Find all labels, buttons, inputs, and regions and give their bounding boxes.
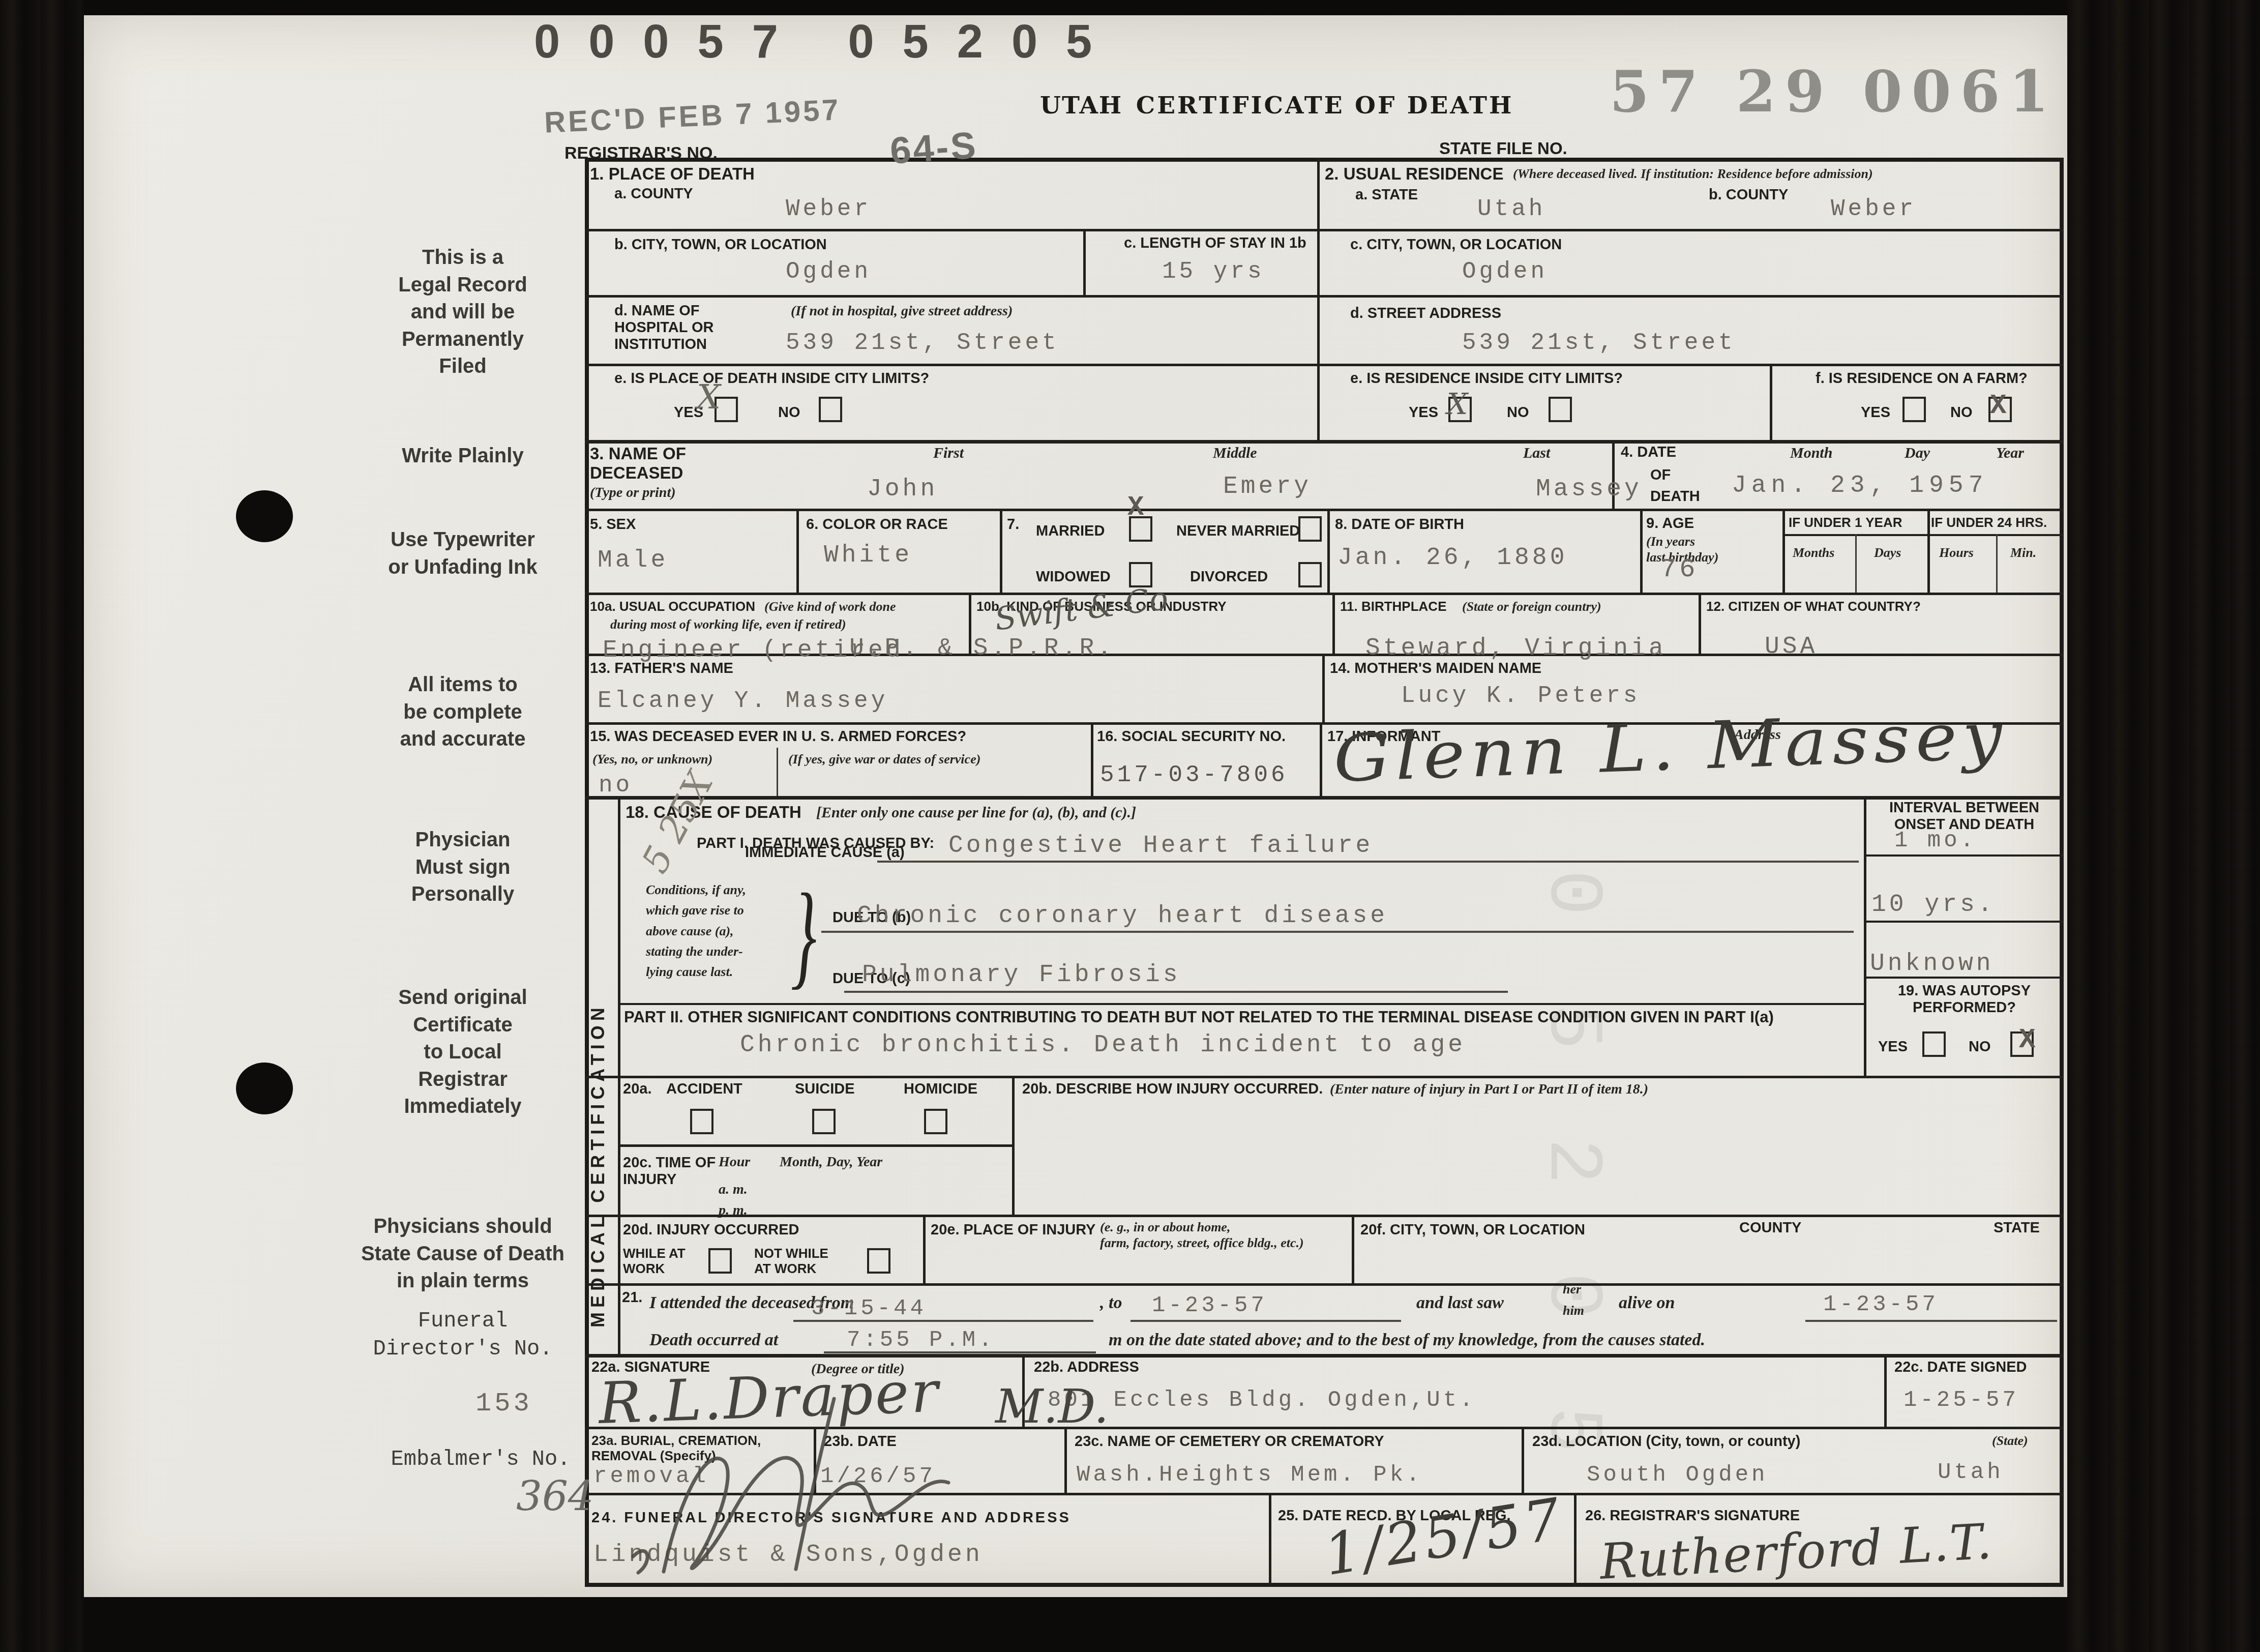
field-1a-label: a. COUNTY <box>614 186 693 202</box>
field-11-value: Steward, Virginia <box>1365 635 1667 662</box>
rule <box>844 991 1508 993</box>
rule <box>1012 1076 1015 1215</box>
interval-c-value: Unknown <box>1870 950 1994 978</box>
field-2-title-note: (Where deceased lived. If institution: R… <box>1513 166 1873 182</box>
field-3-middle-value: Emery <box>1223 473 1312 500</box>
field-20e-note: (e. g., in or about home, farm, factory,… <box>1100 1220 1304 1251</box>
field-2-title: 2. USUAL RESIDENCE <box>1325 164 1503 184</box>
field-6-value: White <box>824 542 912 569</box>
field-7-never-married-label: NEVER MARRIED <box>1176 523 1300 540</box>
funeral-directors-no-value: 153 <box>475 1389 532 1419</box>
field-7-married-label: MARRIED <box>1036 523 1105 540</box>
punch-hole-bottom <box>236 1063 293 1114</box>
field-12-value: USA <box>1765 633 1818 661</box>
field-3-first-label: First <box>933 444 964 462</box>
field-20c-hour-label: Hour <box>719 1154 750 1170</box>
field-8-label: 8. DATE OF BIRTH <box>1335 516 1464 533</box>
field-1e-no-label: NO <box>778 404 800 421</box>
field-9-months-label: Months <box>1793 545 1834 561</box>
rule <box>923 1215 926 1283</box>
field-15-value: no <box>599 772 633 799</box>
field-21-time-value: 7:55 P.M. <box>847 1327 995 1353</box>
field-18-part2-label: PART II. OTHER SIGNIFICANT CONDITIONS CO… <box>624 1008 1774 1026</box>
field-23d-state-value: Utah <box>1938 1460 2004 1485</box>
field-20a-number: 20a. <box>623 1081 651 1098</box>
field-18a-immediate-label: IMMEDIATE CAUSE (a) <box>745 844 905 861</box>
field-2b-label: b. COUNTY <box>1709 187 1788 203</box>
field-26-label: 26. REGISTRAR'S SIGNATURE <box>1585 1508 1800 1524</box>
registrars-no-value: 64-S <box>888 123 979 172</box>
funeral-directors-no-label: Funeral Director's No. <box>359 1307 567 1363</box>
scanned-death-certificate: This is a Legal Record and will be Perma… <box>0 0 2260 1652</box>
field-20c-pm-label: p. m. <box>719 1202 748 1219</box>
field-4-value: Jan. 23, 1957 <box>1732 472 1988 499</box>
field-2f-no-mark: X <box>1990 391 2006 422</box>
field-3-first-value: John <box>867 476 938 503</box>
field-8-value: Jan. 26, 1880 <box>1337 544 1567 572</box>
field-9-days-label: Days <box>1874 545 1901 561</box>
field-9-under24-label: IF UNDER 24 HRS. <box>1931 515 2047 530</box>
field-20a-accident-label: ACCIDENT <box>666 1081 742 1098</box>
field-2a-label: a. STATE <box>1355 187 1418 203</box>
margin-note-plain-terms: Physicians should State Cause of Death i… <box>315 1213 610 1295</box>
field-23c-value: Wash.Heights Mem. Pk. <box>1077 1462 1423 1488</box>
rule <box>1884 1354 1887 1427</box>
interval-a-value: 1 mo. <box>1894 828 1977 853</box>
field-16-value: 517-03-7806 <box>1100 762 1288 788</box>
rule <box>585 295 2064 298</box>
punch-number-stamp: 00057 05205 <box>534 15 1120 69</box>
field-1d-value: 539 21st, Street <box>786 330 1059 356</box>
field-1a-value: Weber <box>786 196 871 222</box>
field-1c-label: c. LENGTH OF STAY IN 1b <box>1124 235 1306 252</box>
rule <box>777 748 778 796</box>
field-20f-county-label: COUNTY <box>1739 1220 1801 1236</box>
rule <box>1574 1493 1577 1587</box>
rule <box>585 1354 2064 1358</box>
rule <box>1091 722 1093 796</box>
rule <box>1770 364 1772 440</box>
field-19-label: 19. WAS AUTOPSY PERFORMED? <box>1869 983 2060 1016</box>
field-20f-label: 20f. CITY, TOWN, OR LOCATION <box>1360 1222 1585 1238</box>
field-14-value: Lucy K. Peters <box>1401 683 1640 709</box>
field-20b-note: (Enter nature of injury in Part I or Par… <box>1330 1081 1648 1098</box>
field-20c-label: 20c. TIME OF INJURY <box>623 1155 716 1188</box>
field-20a-homicide-label: HOMICIDE <box>904 1081 977 1098</box>
rule <box>1782 509 1785 593</box>
field-10a-note-2: during most of working life, even if ret… <box>610 617 846 633</box>
margin-note-send-original: Send original Certificate to Local Regis… <box>359 984 567 1120</box>
field-2d-value: 539 21st, Street <box>1462 330 1736 356</box>
field-2d-label: d. STREET ADDRESS <box>1350 305 1501 322</box>
field-21-text-3: and last saw <box>1416 1293 1504 1313</box>
field-18-label: 18. CAUSE OF DEATH <box>626 803 801 822</box>
field-2e-yes-mark: X <box>1447 387 1468 421</box>
field-3-note: (Type or print) <box>590 484 676 501</box>
field-20d-label: 20d. INJURY OCCURRED <box>623 1222 799 1238</box>
field-4-day-label: Day <box>1905 444 1930 462</box>
field-18b-value: Chronic coronary heart disease <box>857 902 1388 930</box>
field-22b-value: 801 Eccles Bldg. Ogden,Ut. <box>1048 1388 1476 1413</box>
field-2f-no-label: NO <box>1950 404 1973 421</box>
certificate-title: UTAH CERTIFICATE OF DEATH <box>1040 92 1514 120</box>
field-3-label: 3. NAME OF DECEASED <box>590 444 686 482</box>
field-1b-value: Ogden <box>786 258 871 285</box>
rule <box>1996 534 1998 593</box>
field-19-no-label: NO <box>1969 1039 1991 1055</box>
field-5-value: Male <box>598 547 668 574</box>
field-20a-homicide-checkbox <box>924 1109 947 1134</box>
field-20d-notwhile-checkbox <box>867 1248 890 1274</box>
field-4-label-2: OF <box>1650 467 1671 484</box>
rule <box>585 364 2064 366</box>
rule <box>1317 158 1320 440</box>
field-18a-value: Congestive Heart failure <box>948 832 1373 860</box>
field-1d-note: (If not in hospital, give street address… <box>791 303 1013 319</box>
field-15-note-1: (Yes, no, or unknown) <box>592 752 712 768</box>
rule <box>1864 921 2064 923</box>
margin-note-typewriter: Use Typewriter or Unfading Ink <box>338 526 587 581</box>
field-21-text-5: Death occurred at <box>649 1330 778 1350</box>
field-7-married-mark: X <box>1127 492 1144 523</box>
field-9-hours-label: Hours <box>1939 545 1974 561</box>
rule <box>1522 1427 1524 1493</box>
field-4-month-label: Month <box>1790 444 1832 462</box>
state-file-number-stamp: 57 29 0061 <box>1610 58 2058 125</box>
rule <box>585 1283 2064 1286</box>
field-20d-notwhile-label: NOT WHILE AT WORK <box>754 1246 828 1276</box>
margin-note-write-plainly: Write Plainly <box>359 442 567 470</box>
rule <box>585 1076 2064 1078</box>
field-20e-label: 20e. PLACE OF INJURY <box>931 1222 1095 1238</box>
field-20c-mdy-label: Month, Day, Year <box>780 1154 882 1170</box>
field-23d-value: South Ogden <box>1587 1462 1768 1488</box>
field-22c-label: 22c. DATE SIGNED <box>1894 1359 2027 1376</box>
field-21-text-6: m on the date stated above; and to the b… <box>1109 1330 1705 1350</box>
rule <box>585 593 2064 595</box>
field-15-label: 15. WAS DECEASED EVER IN U. S. ARMED FOR… <box>590 728 966 745</box>
field-2c-label: c. CITY, TOWN, OR LOCATION <box>1350 237 1562 253</box>
field-20d-while-checkbox <box>708 1248 732 1274</box>
field-3-last-label: Last <box>1523 444 1550 462</box>
certificate-paper: This is a Legal Record and will be Perma… <box>84 15 2067 1597</box>
rule <box>1855 534 1857 593</box>
embalmers-no-value: 364 <box>516 1472 594 1520</box>
embalmers-no-label: Embalmer's No. <box>359 1445 603 1473</box>
margin-note-all-items: All items to be complete and accurate <box>359 671 567 753</box>
rule <box>877 861 1859 863</box>
field-1e-label: e. IS PLACE OF DEATH INSIDE CITY LIMITS? <box>614 370 929 387</box>
field-2e-yes-label: YES <box>1409 404 1438 421</box>
rule <box>1320 722 1322 796</box>
field-20d-while-label: WHILE AT WORK <box>623 1246 686 1276</box>
field-21-to-value: 1-23-57 <box>1152 1293 1267 1318</box>
field-2e-label: e. IS RESIDENCE INSIDE CITY LIMITS? <box>1350 370 1623 387</box>
rule <box>1864 854 2064 857</box>
rule <box>1064 1427 1067 1493</box>
registrars-no-label: REGISTRAR'S NO. <box>564 143 718 163</box>
rule <box>585 1215 2064 1217</box>
field-2c-value: Ogden <box>1462 258 1548 285</box>
rule <box>1699 593 1701 654</box>
physician-degree: M.D. <box>995 1379 1109 1434</box>
field-1c-value: 15 yrs <box>1162 258 1265 285</box>
rule <box>1322 654 1325 722</box>
field-7-divorced-checkbox <box>1298 562 1322 587</box>
field-4-year-label: Year <box>1996 444 2024 462</box>
field-1e-yes-mark: X <box>697 377 721 417</box>
field-21-text-2: , to <box>1100 1293 1122 1313</box>
field-2e-no-label: NO <box>1507 404 1529 421</box>
field-15-note-2: (If yes, give war or dates of service) <box>788 752 980 768</box>
field-1b-label: b. CITY, TOWN, OR LOCATION <box>614 237 827 253</box>
field-1e-no-checkbox <box>819 397 842 422</box>
rule <box>618 796 620 1354</box>
field-20b-label: 20b. DESCRIBE HOW INJURY OCCURRED. <box>1022 1081 1323 1098</box>
interval-b-value: 10 yrs. <box>1871 891 1996 919</box>
field-21-him-label: him <box>1563 1303 1584 1319</box>
field-21-number: 21. <box>622 1289 642 1306</box>
field-3-last-value: Massey <box>1536 476 1642 503</box>
conditions-brace: } <box>791 866 817 1004</box>
field-21-from-value: 3-15-44 <box>811 1296 927 1321</box>
field-13-value: Elcaney Y. Massey <box>598 688 888 714</box>
field-22c-value: 1-25-57 <box>1904 1388 2019 1413</box>
field-20a-suicide-checkbox <box>812 1109 836 1134</box>
rule <box>1864 796 1866 1076</box>
rule <box>585 440 2064 444</box>
field-4-label-1: 4. DATE <box>1621 444 1676 461</box>
field-20a-suicide-label: SUICIDE <box>795 1081 855 1098</box>
field-23c-label: 23c. NAME OF CEMETERY OR CREMATORY <box>1075 1433 1384 1450</box>
scanner-background-left <box>0 0 84 1652</box>
field-20f-state-label: STATE <box>1994 1220 2040 1236</box>
received-date-stamp: REC'D FEB 7 1957 <box>544 93 842 139</box>
field-23d-state-note: (State) <box>1992 1433 2028 1449</box>
rule <box>1327 509 1330 593</box>
punch-hole-top <box>236 490 293 542</box>
field-9-value: 76 <box>1660 554 1698 584</box>
field-21-alive-value: 1-23-57 <box>1823 1292 1939 1317</box>
field-10a-note-1: (Give kind of work done <box>764 599 896 615</box>
title-rest: CERTIFICATE OF DEATH <box>1136 92 1514 120</box>
field-3-middle-label: Middle <box>1213 444 1257 462</box>
field-12-label: 12. CITIZEN OF WHAT COUNTRY? <box>1706 599 1921 614</box>
rule <box>1083 229 1086 295</box>
margin-note-legal-record: This is a Legal Record and will be Perma… <box>359 244 567 380</box>
rule <box>1269 1493 1271 1587</box>
rule <box>585 796 2064 800</box>
field-4-label-3: DEATH <box>1650 488 1700 505</box>
field-19-no-mark: X <box>2019 1025 2035 1056</box>
field-1d-label: d. NAME OF HOSPITAL OR INSTITUTION <box>614 303 714 353</box>
field-2b-value: Weber <box>1831 196 1916 222</box>
field-5-label: 5. SEX <box>590 516 636 533</box>
rule <box>1131 1320 1401 1322</box>
field-16-label: 16. SOCIAL SECURITY NO. <box>1097 728 1286 745</box>
field-7-number: 7. <box>1007 516 1019 533</box>
rule <box>585 229 2064 231</box>
rule <box>1000 509 1002 593</box>
rule <box>1782 534 2064 536</box>
field-2f-label: f. IS RESIDENCE ON A FARM? <box>1816 370 2028 387</box>
field-2e-no-checkbox <box>1549 397 1572 422</box>
scanner-background-right <box>2067 0 2260 1652</box>
field-2f-yes-label: YES <box>1861 404 1890 421</box>
field-19-yes-checkbox <box>1922 1031 1946 1057</box>
field-19-yes-label: YES <box>1878 1039 1908 1055</box>
rule <box>796 509 799 593</box>
field-9-label: 9. AGE <box>1646 515 1694 532</box>
field-18-conditions-note: Conditions, if any, which gave rise to a… <box>646 880 746 982</box>
rule <box>585 509 2064 511</box>
field-7-never-married-checkbox <box>1298 516 1322 542</box>
field-14-label: 14. MOTHER'S MAIDEN NAME <box>1330 660 1541 677</box>
rule <box>1352 1215 1354 1283</box>
title-state: UTAH <box>1040 92 1122 120</box>
field-2a-value: Utah <box>1477 196 1545 222</box>
field-1-title: 1. PLACE OF DEATH <box>590 164 755 184</box>
rule <box>1640 509 1643 593</box>
field-11-label: 11. BIRTHPLACE <box>1340 599 1447 614</box>
field-23d-label: 23d. LOCATION (City, town, or county) <box>1532 1433 1800 1450</box>
rule <box>1927 509 1930 593</box>
field-20c-am-label: a. m. <box>719 1181 748 1198</box>
field-9-under1-label: IF UNDER 1 YEAR <box>1789 515 1902 530</box>
field-21-text-4: alive on <box>1619 1293 1675 1313</box>
rule <box>618 1144 1012 1147</box>
field-21-her-label: her <box>1563 1282 1581 1297</box>
field-9-min-label: Min. <box>2010 545 2036 561</box>
field-11-note: (State or foreign country) <box>1462 599 1601 615</box>
field-22b-label: 22b. ADDRESS <box>1034 1359 1139 1376</box>
field-7-divorced-label: DIVORCED <box>1190 569 1268 585</box>
field-10b-value: U.P. & S.P.R.R. <box>849 635 1115 662</box>
field-10a-label: 10a. USUAL OCCUPATION <box>590 599 755 614</box>
field-20a-accident-checkbox <box>690 1109 713 1134</box>
field-18-note: [Enter only one cause per line for (a), … <box>816 804 1136 821</box>
field-6-label: 6. COLOR OR RACE <box>806 516 948 533</box>
funeral-director-signature-scrawl <box>603 1389 1009 1592</box>
rule <box>1332 593 1335 654</box>
state-file-no-label: STATE FILE NO. <box>1439 139 1567 158</box>
field-2f-yes-checkbox <box>1902 397 1926 422</box>
field-18c-value: Pulmonary Fibrosis <box>862 961 1180 989</box>
rule <box>821 931 1854 933</box>
margin-note-physician-sign: Physician Must sign Personally <box>359 827 567 908</box>
field-18-part2-value: Chronic bronchitis. Death incident to ag… <box>740 1031 1466 1059</box>
medical-certification-vertical-label: MEDICAL CERTIFICATION <box>587 839 609 1327</box>
rule <box>1805 1320 2057 1322</box>
field-7-widowed-label: WIDOWED <box>1036 569 1111 585</box>
